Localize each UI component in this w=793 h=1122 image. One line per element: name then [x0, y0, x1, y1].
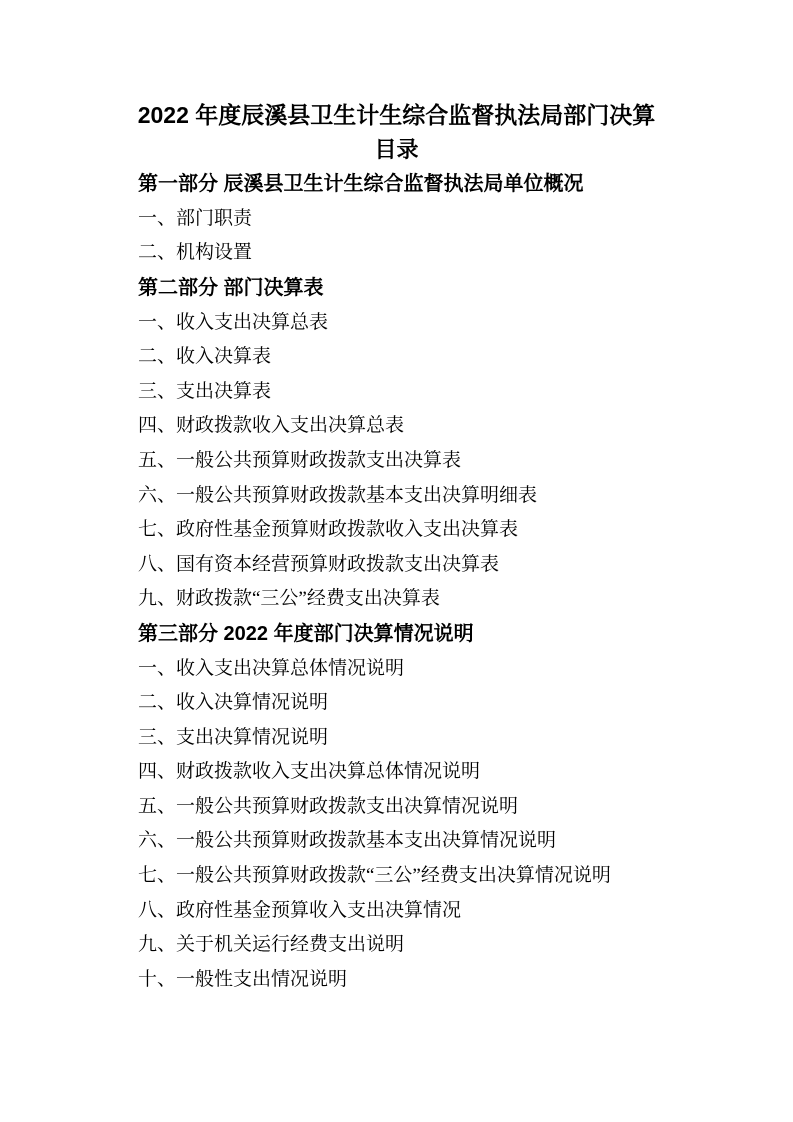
toc-item: 八、国有资本经营预算财政拨款支出决算表	[138, 548, 655, 583]
toc-item: 六、一般公共预算财政拨款基本支出决算明细表	[138, 479, 655, 514]
toc-item: 五、一般公共预算财政拨款支出决算情况说明	[138, 790, 655, 825]
toc-item: 一、收入支出决算总体情况说明	[138, 652, 655, 687]
toc-item: 六、一般公共预算财政拨款基本支出决算情况说明	[138, 824, 655, 859]
toc-item: 一、收入支出决算总表	[138, 306, 655, 341]
toc-item: 二、收入决算情况说明	[138, 686, 655, 721]
toc-item: 四、财政拨款收入支出决算总体情况说明	[138, 755, 655, 790]
toc-item: 七、一般公共预算财政拨款“三公”经费支出决算情况说明	[138, 859, 655, 894]
section-heading-part1: 第一部分 辰溪县卫生计生综合监督执法局单位概况	[138, 167, 655, 202]
section-heading-part2: 第二部分 部门决算表	[138, 271, 655, 306]
toc-item: 九、关于机关运行经费支出说明	[138, 928, 655, 963]
section-heading-part3: 第三部分 2022 年度部门决算情况说明	[138, 617, 655, 652]
toc-item: 一、部门职责	[138, 202, 655, 237]
toc-item: 二、收入决算表	[138, 340, 655, 375]
toc-item: 二、机构设置	[138, 236, 655, 271]
toc-item: 三、支出决算表	[138, 375, 655, 410]
toc-item: 三、支出决算情况说明	[138, 721, 655, 756]
document-title: 2022 年度辰溪县卫生计生综合监督执法局部门决算	[100, 98, 693, 133]
toc-item: 四、财政拨款收入支出决算总表	[138, 409, 655, 444]
document-page: 2022 年度辰溪县卫生计生综合监督执法局部门决算 目录 第一部分 辰溪县卫生计…	[0, 0, 793, 1122]
toc-item: 九、财政拨款“三公”经费支出决算表	[138, 582, 655, 617]
toc-item: 八、政府性基金预算收入支出决算情况	[138, 894, 655, 929]
toc-title: 目录	[138, 133, 655, 168]
toc-item: 七、政府性基金预算财政拨款收入支出决算表	[138, 513, 655, 548]
toc-item: 五、一般公共预算财政拨款支出决算表	[138, 444, 655, 479]
toc-item: 十、一般性支出情况说明	[138, 963, 655, 998]
